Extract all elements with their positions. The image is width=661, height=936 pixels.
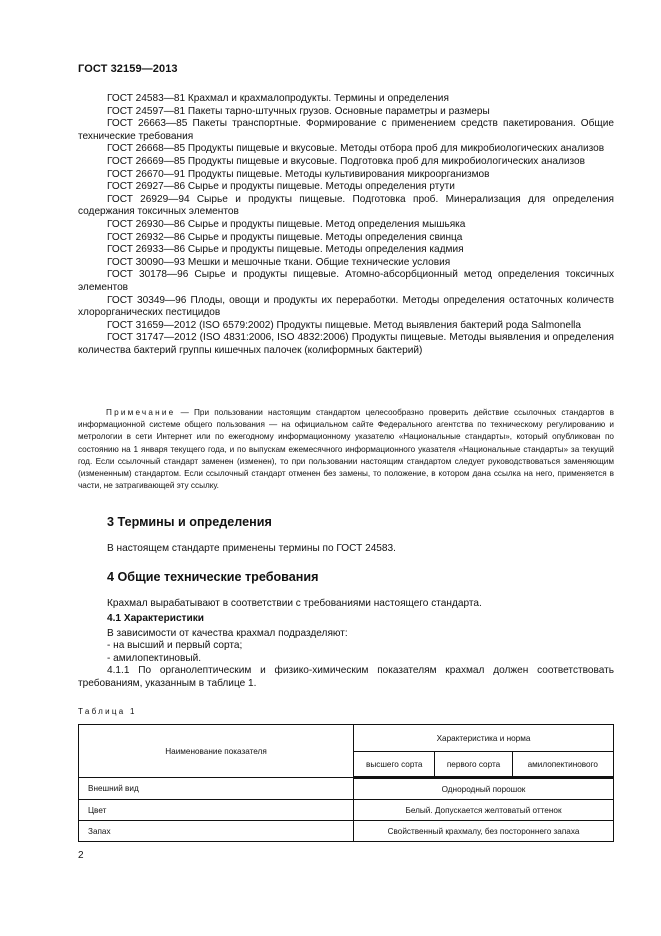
column-header-grade: амилопектинового xyxy=(512,752,613,778)
column-header-grade: первого сорта xyxy=(435,752,512,778)
table-caption: Таблица 1 xyxy=(78,707,137,716)
subsection-4-1: 4.1 Характеристики В зависимости от каче… xyxy=(78,613,614,691)
note-block: Примечание — При пользовании настоящим с… xyxy=(78,407,614,492)
section-3-text: В настоящем стандарте применены термины … xyxy=(107,543,396,556)
row-value: Однородный порошок xyxy=(354,778,614,800)
section-4-text: Крахмал вырабатывают в соответствии с тр… xyxy=(107,598,482,611)
reference-item: ГОСТ 26669—85 Продукты пищевые и вкусовы… xyxy=(78,156,614,169)
reference-item: ГОСТ 24597—81 Пакеты тарно-штучных грузо… xyxy=(78,106,614,119)
row-label: Запах xyxy=(79,821,354,842)
row-label: Цвет xyxy=(79,800,354,821)
reference-item: ГОСТ 26927—86 Сырье и продукты пищевые. … xyxy=(78,181,614,194)
subsection-4-1-heading: 4.1 Характеристики xyxy=(107,613,614,626)
reference-item: ГОСТ 26932—86 Сырье и продукты пищевые. … xyxy=(78,232,614,245)
row-value: Белый. Допускается желтоватый оттенок xyxy=(354,800,614,821)
subsection-intro: В зависимости от качества крахмал подраз… xyxy=(107,628,614,641)
reference-item: ГОСТ 31747—2012 (ISO 4831:2006, ISO 4832… xyxy=(78,332,614,357)
note-label: Примечание xyxy=(106,408,175,417)
column-header-grade: высшего сорта xyxy=(354,752,435,778)
reference-item: ГОСТ 26668—85 Продукты пищевые и вкусовы… xyxy=(78,143,614,156)
reference-item: ГОСТ 26670—91 Продукты пищевые. Методы к… xyxy=(78,169,614,182)
reference-item: ГОСТ 26663—85 Пакеты транспортные. Форми… xyxy=(78,118,614,143)
list-item: - амилопектиновый. xyxy=(107,653,614,666)
reference-item: ГОСТ 26929—94 Сырье и продукты пищевые. … xyxy=(78,194,614,219)
row-label: Внешний вид xyxy=(79,778,354,800)
page-number: 2 xyxy=(78,850,84,861)
table-row: Цвет Белый. Допускается желтоватый оттен… xyxy=(79,800,614,821)
normative-references-list: ГОСТ 24583—81 Крахмал и крахмалопродукты… xyxy=(78,93,614,357)
reference-item: ГОСТ 26933—86 Сырье и продукты пищевые. … xyxy=(78,244,614,257)
document-id-header: ГОСТ 32159—2013 xyxy=(78,63,178,75)
reference-item: ГОСТ 30349—96 Плоды, овощи и продукты их… xyxy=(78,295,614,320)
reference-item: ГОСТ 31659—2012 (ISO 6579:2002) Продукты… xyxy=(78,320,614,333)
table-row: Внешний вид Однородный порошок xyxy=(79,778,614,800)
reference-item: ГОСТ 24583—81 Крахмал и крахмалопродукты… xyxy=(78,93,614,106)
column-header-name: Наименование показателя xyxy=(79,725,354,778)
list-item: - на высший и первый сорта; xyxy=(107,640,614,653)
note-text: — При пользовании настоящим стандартом ц… xyxy=(78,408,614,490)
reference-item: ГОСТ 30090—93 Мешки и мешочные ткани. Об… xyxy=(78,257,614,270)
characteristics-table: Наименование показателя Характеристика и… xyxy=(78,724,614,842)
table-row: Запах Свойственный крахмалу, без посторо… xyxy=(79,821,614,842)
clause-4-1-1: 4.1.1 По органолептическим и физико-хими… xyxy=(78,665,614,690)
column-header-group: Характеристика и норма xyxy=(354,725,614,752)
row-value: Свойственный крахмалу, без постороннего … xyxy=(354,821,614,842)
reference-item: ГОСТ 26930—86 Сырье и продукты пищевые. … xyxy=(78,219,614,232)
section-4-heading: 4 Общие технические требования xyxy=(107,570,318,584)
reference-item: ГОСТ 30178—96 Сырье и продукты пищевые. … xyxy=(78,269,614,294)
section-3-heading: 3 Термины и определения xyxy=(107,515,272,529)
